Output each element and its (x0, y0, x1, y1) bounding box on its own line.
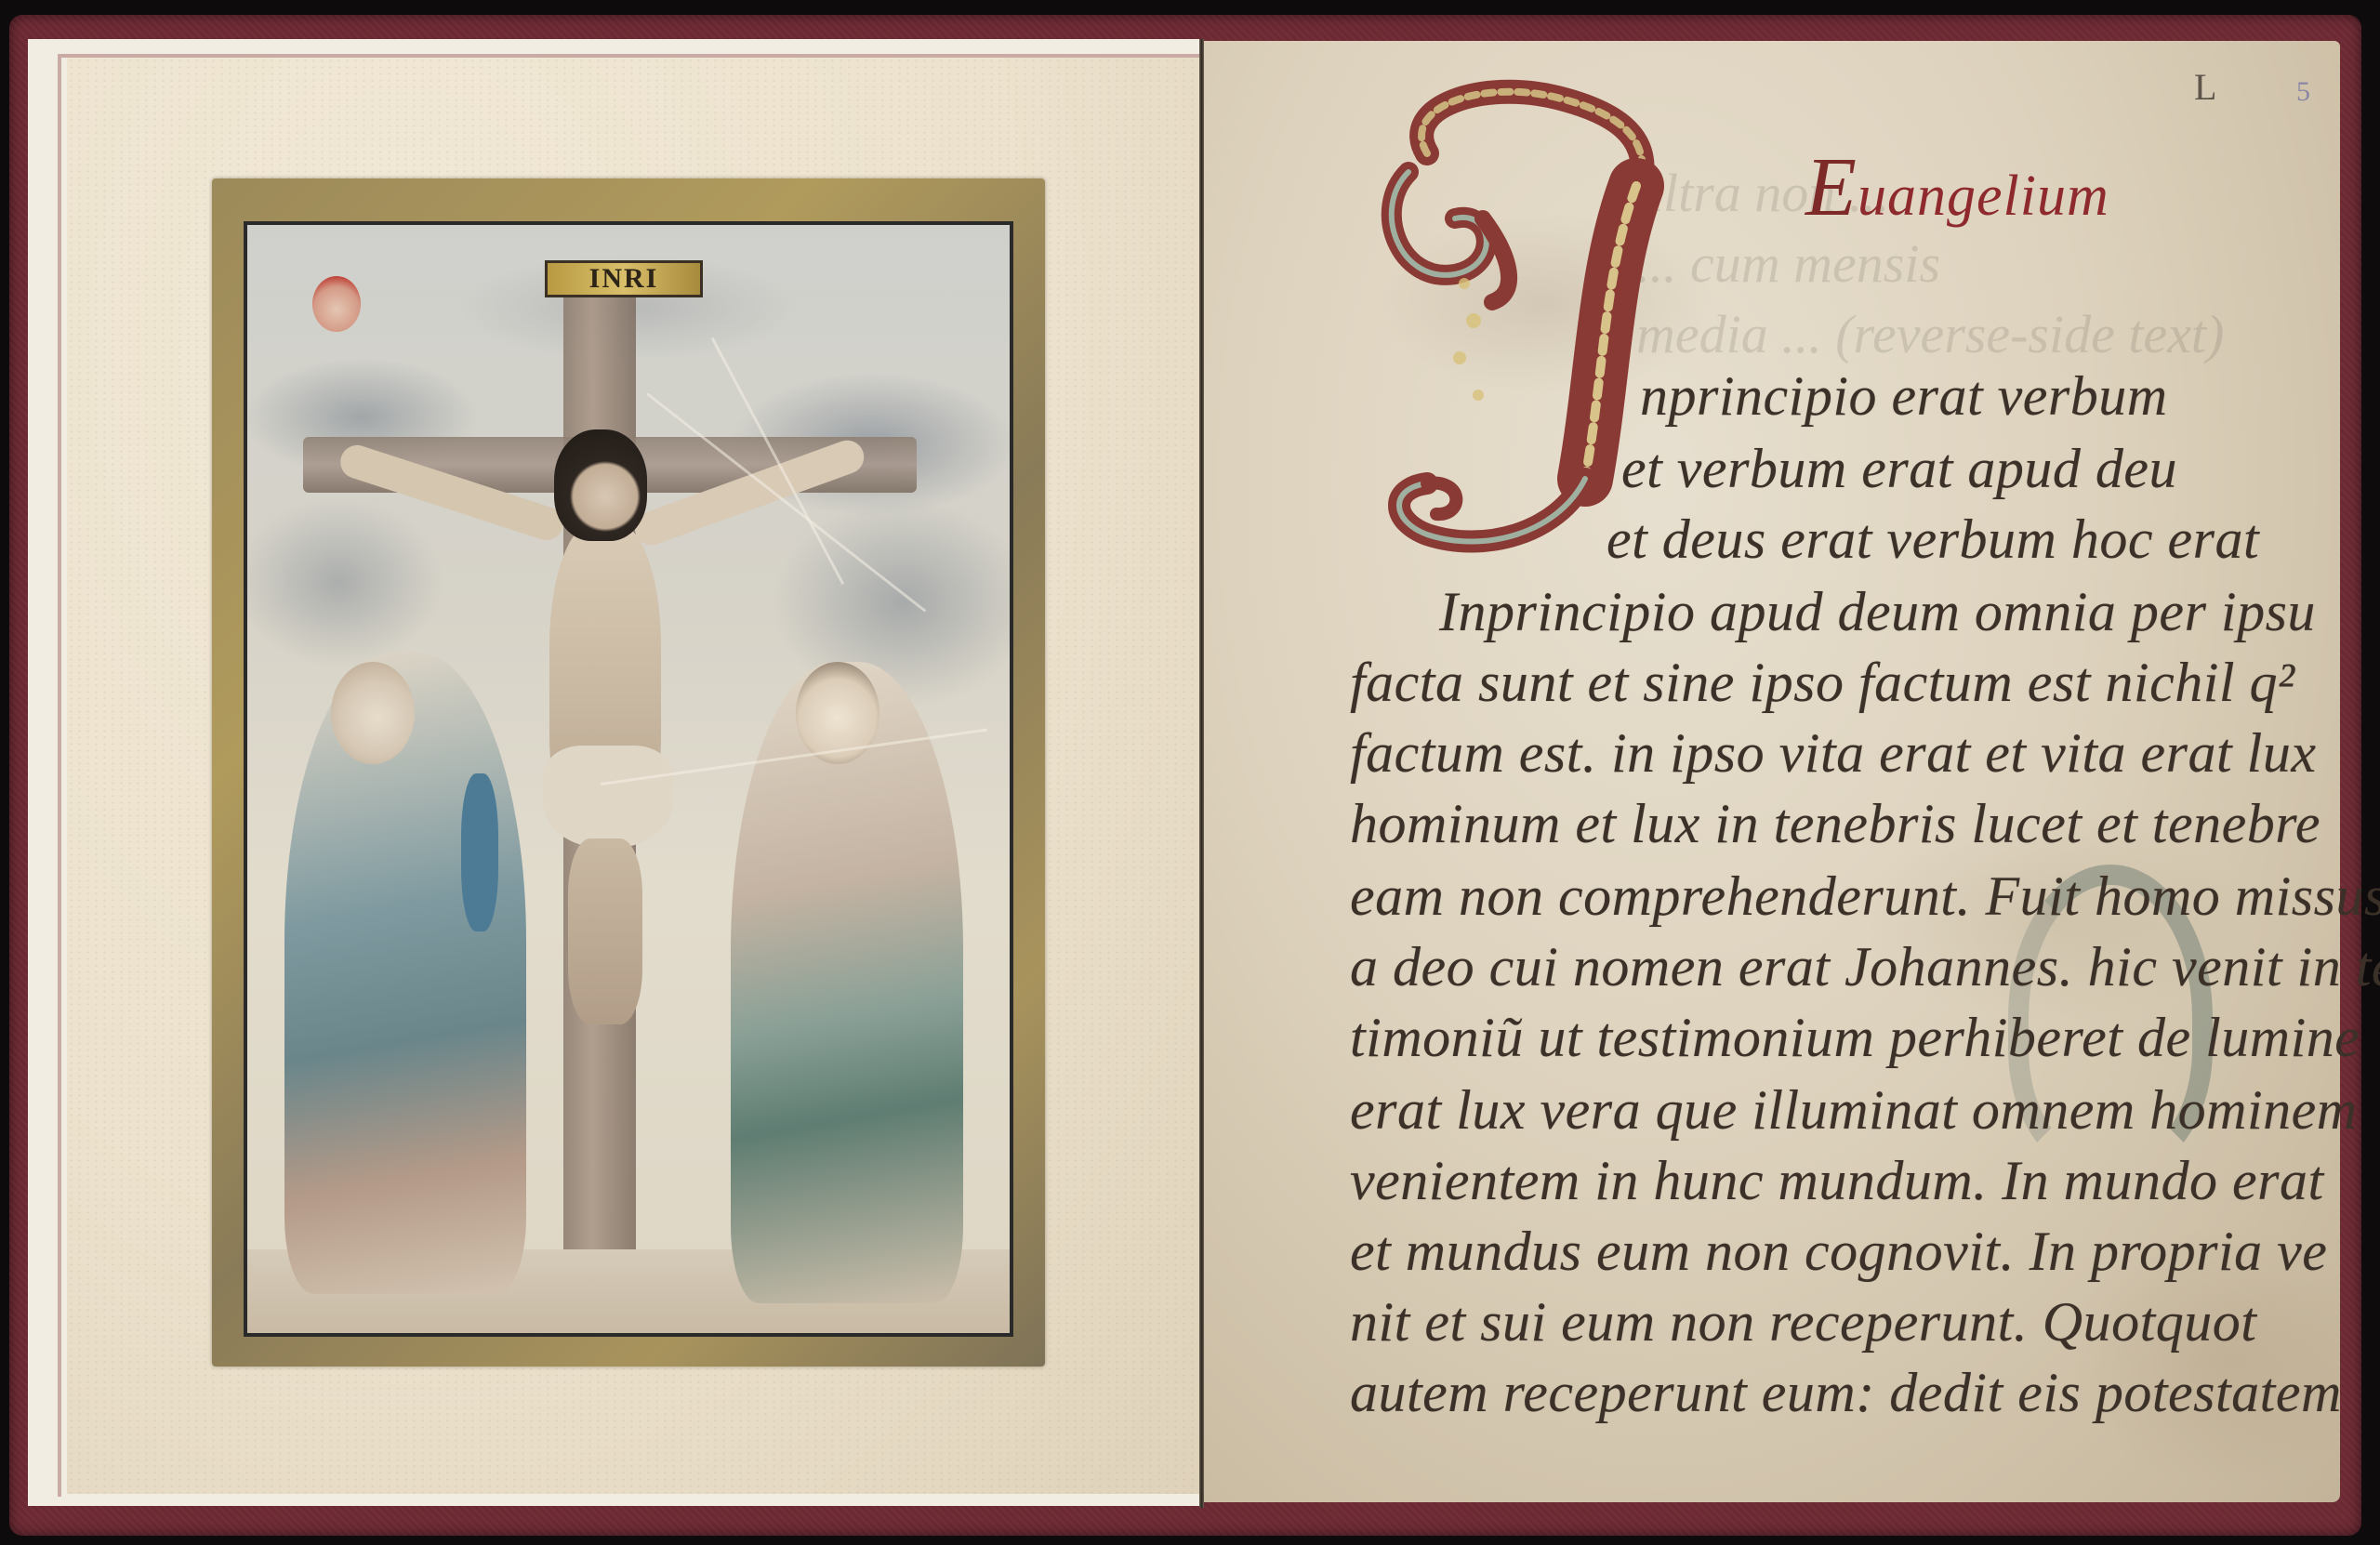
christ-legs (568, 839, 642, 1024)
text-line: venientem in hunc mundum. In mundo erat (1350, 1149, 2324, 1213)
text-line: eam non comprehenderunt. Fuit homo missu… (1350, 865, 2380, 929)
mary-figure (284, 653, 526, 1294)
text-line: et deus erat verbum hoc erat (1606, 508, 2259, 572)
titulus-plaque: INRI (545, 260, 703, 297)
heading-rest: uangelium (1858, 165, 2109, 228)
folio-mark-letter: L (2194, 65, 2216, 109)
mary-blue-mantle (461, 773, 498, 931)
text-line: facta sunt et sine ipso factum est nichi… (1350, 651, 2295, 715)
text-line: autem receperunt eum: dedit eis potestat… (1350, 1361, 2342, 1425)
text-line: a deo cui nomen erat Johannes. hic venit… (1350, 935, 2380, 999)
folio-mark-number: 5 (2296, 76, 2310, 108)
text-line: et verbum erat apud deu (1621, 437, 2177, 501)
text-line: et mundus eum non cognovit. In propria v… (1350, 1220, 2327, 1284)
loincloth (543, 746, 673, 848)
text-line: erat lux vera que illuminat omnem homine… (1350, 1078, 2358, 1142)
text-line: factum est. in ipso vita erat et vita er… (1350, 721, 2316, 786)
heading-capital: E (1805, 141, 1858, 233)
text-line: timoniũ ut testimonium perhiberet de lu… (1350, 1006, 2360, 1070)
text-line: Inprincipio apud deum omnia per ipsu (1439, 580, 2316, 644)
text-line: nit et sui eum non receperunt. Quotquot (1350, 1290, 2256, 1354)
crucifixion-illustration: INRI (244, 221, 1013, 1337)
sun-icon (312, 276, 361, 332)
christ-head (554, 429, 647, 541)
rubric-heading: Euangelium (1805, 139, 2109, 235)
text-line: nprincipio erat verbum (1640, 364, 2168, 429)
mary-head (331, 662, 415, 764)
text-line: hominum et lux in tenebris lucet et tene… (1350, 792, 2320, 856)
